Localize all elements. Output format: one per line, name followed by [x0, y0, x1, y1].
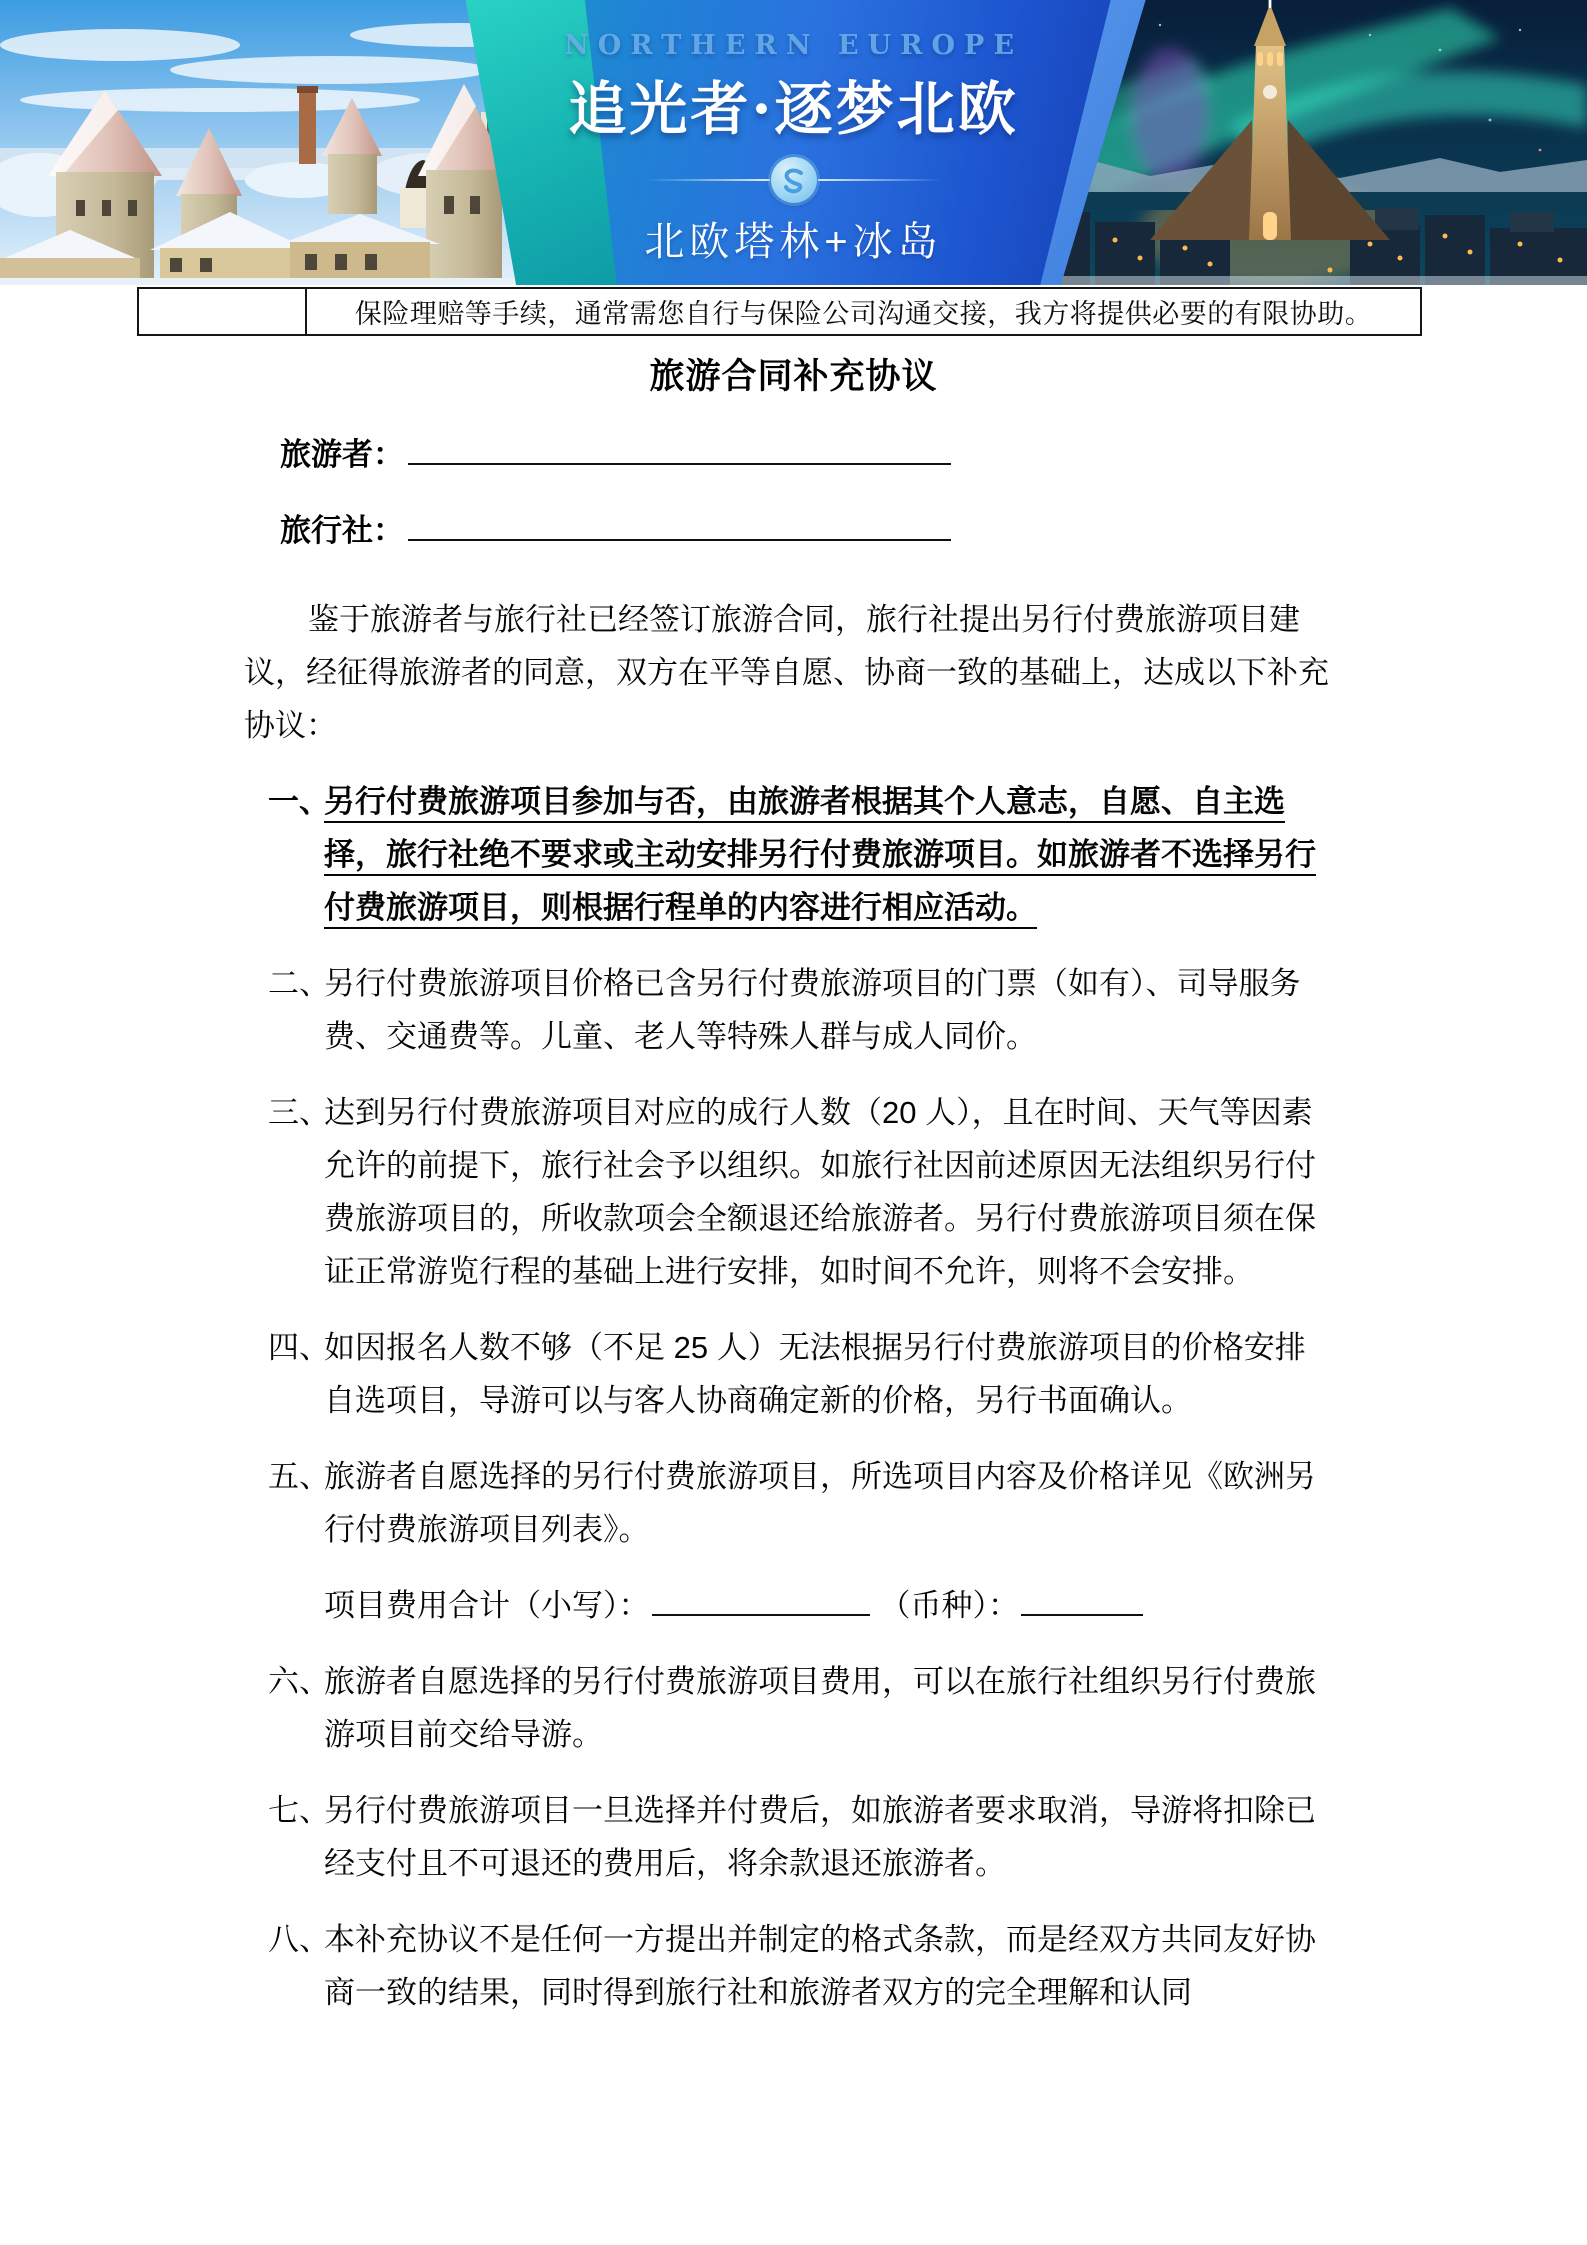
fee-total-line: 项目费用合计（小写）：（币种）： — [244, 1579, 1330, 1632]
traveler-blank-line — [408, 429, 951, 465]
clause-8-text: 本补充协议不是任何一方提出并制定的格式条款，而是经双方共同友好协商一致的结果，同… — [324, 1922, 1316, 2010]
notice-table-row: 保险理赔等手续，通常需您自行与保险公司沟通交接，我方将提供必要的有限协助。 — [137, 287, 1422, 336]
currency-label: （币种）： — [880, 1588, 1020, 1623]
agency-blank-line — [408, 505, 951, 541]
clause-5-text: 旅游者自愿选择的另行付费旅游项目，所选项目内容及价格详见《欧洲另行付费旅游项目列… — [324, 1459, 1316, 1547]
clause-4: 四、如因报名人数不够（不足 25 人）无法根据另行付费旅游项目的价格安排自选项目… — [244, 1321, 1330, 1427]
divider-line-left — [646, 179, 770, 181]
divider-line-right — [818, 179, 942, 181]
party-fields: 旅游者： 旅行社： — [280, 429, 1587, 581]
clause-7-text: 另行付费旅游项目一旦选择并付费后，如旅游者要求取消，导游将扣除已经支付且不可退还… — [324, 1793, 1316, 1881]
agency-field: 旅行社： — [280, 505, 1587, 581]
fee-amount-blank-line — [652, 1582, 870, 1616]
clause-2: 二、另行付费旅游项目价格已含另行付费旅游项目的门票（如有）、司导服务费、交通费等… — [244, 957, 1330, 1063]
clause-7: 七、另行付费旅游项目一旦选择并付费后，如旅游者要求取消，导游将扣除已经支付且不可… — [244, 1784, 1330, 1890]
clause-5: 五、旅游者自愿选择的另行付费旅游项目，所选项目内容及价格详见《欧洲另行付费旅游项… — [244, 1450, 1330, 1556]
clause-6-text: 旅游者自愿选择的另行付费旅游项目费用，可以在旅行社组织另行付费旅游项目前交给导游… — [324, 1664, 1316, 1752]
clause-6: 六、旅游者自愿选择的另行付费旅游项目费用，可以在旅行社组织另行付费旅游项目前交给… — [244, 1655, 1330, 1761]
document-title: 旅游合同补充协议 — [0, 349, 1587, 399]
clause-3-text: 达到另行付费旅游项目对应的成行人数（20 人），且在时间、天气等因素允许的前提下… — [324, 1095, 1316, 1289]
clause-7-number: 七、 — [268, 1784, 324, 1837]
clause-3-number: 三、 — [268, 1086, 324, 1139]
traveler-field: 旅游者： — [280, 429, 1587, 505]
document-page: NORTHERN EUROPE 追光者·逐梦北欧 北欧塔林+冰岛 保险理赔等手续… — [0, 0, 1587, 2245]
header-subtitle: 北欧塔林+冰岛 — [0, 210, 1587, 267]
currency-blank-line — [1021, 1582, 1143, 1616]
header-subtitle-en: NORTHERN EUROPE — [0, 30, 1587, 61]
clause-6-number: 六、 — [268, 1655, 324, 1708]
notice-empty-cell — [139, 289, 307, 334]
traveler-label: 旅游者： — [280, 437, 404, 472]
clause-1-number: 一、 — [268, 775, 324, 828]
clause-8-number: 八、 — [268, 1913, 324, 1966]
clause-3: 三、达到另行付费旅游项目对应的成行人数（20 人），且在时间、天气等因素允许的前… — [244, 1086, 1330, 1298]
agency-label: 旅行社： — [280, 513, 404, 548]
notice-text: 保险理赔等手续，通常需您自行与保险公司沟通交接，我方将提供必要的有限协助。 — [307, 289, 1420, 334]
agreement-body: 鉴于旅游者与旅行社已经签订旅游合同，旅行社提出另行付费旅游项目建议，经征得旅游者… — [244, 593, 1330, 2019]
clause-2-number: 二、 — [268, 957, 324, 1010]
s-swirl-glyph — [779, 165, 809, 195]
intro-paragraph: 鉴于旅游者与旅行社已经签订旅游合同，旅行社提出另行付费旅游项目建议，经征得旅游者… — [244, 593, 1330, 752]
clause-8: 八、本补充协议不是任何一方提出并制定的格式条款，而是经双方共同友好协商一致的结果… — [244, 1913, 1330, 2019]
clause-1-text: 另行付费旅游项目参加与否，由旅游者根据其个人意志，自愿、自主选择，旅行社绝不要求… — [324, 784, 1316, 925]
fee-total-label: 项目费用合计（小写）： — [324, 1588, 650, 1623]
header-banner: NORTHERN EUROPE 追光者·逐梦北欧 北欧塔林+冰岛 — [0, 0, 1587, 285]
clause-1: 一、另行付费旅游项目参加与否，由旅游者根据其个人意志，自愿、自主选择，旅行社绝不… — [244, 775, 1330, 934]
clause-5-number: 五、 — [268, 1450, 324, 1503]
header-title: 追光者·逐梦北欧 — [0, 62, 1587, 146]
clause-4-number: 四、 — [268, 1321, 324, 1374]
clause-2-text: 另行付费旅游项目价格已含另行付费旅游项目的门票（如有）、司导服务费、交通费等。儿… — [324, 966, 1301, 1054]
clause-4-text: 如因报名人数不够（不足 25 人）无法根据另行付费旅游项目的价格安排自选项目，导… — [324, 1330, 1306, 1418]
s-swirl-icon — [771, 157, 817, 203]
